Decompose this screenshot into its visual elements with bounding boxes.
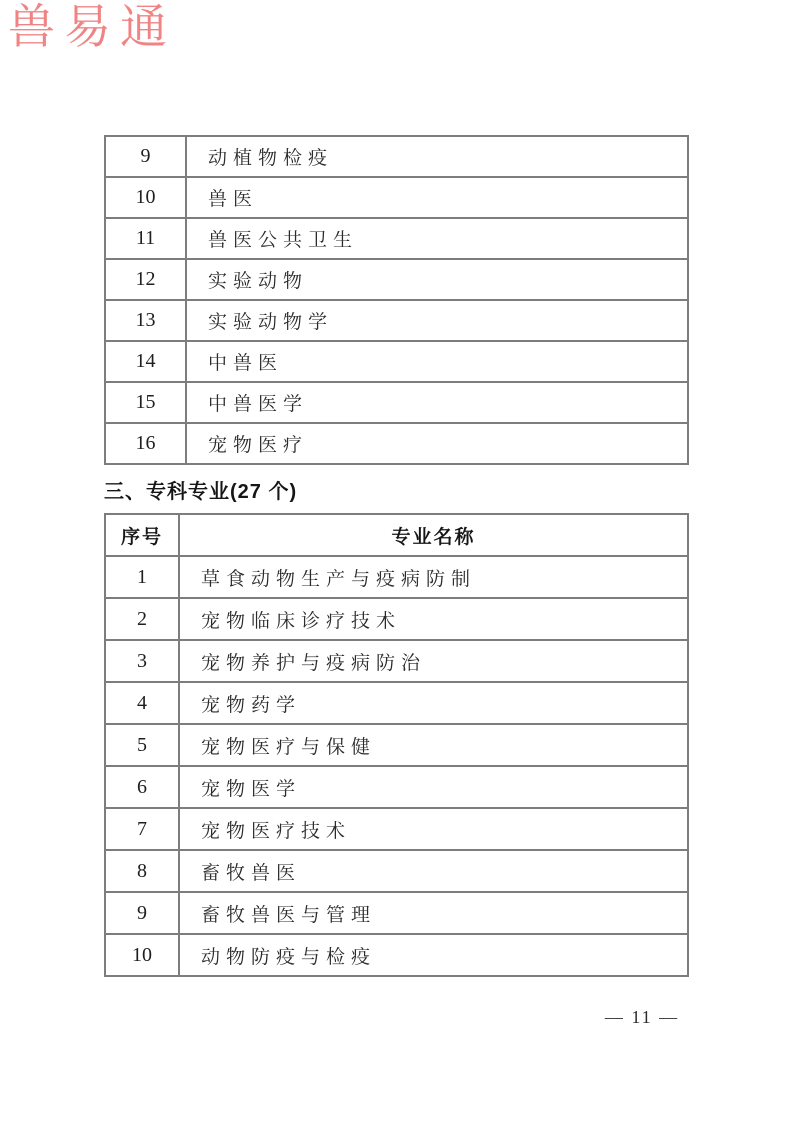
row-number-cell: 5 [105,724,179,766]
table-row: 10 动物防疫与检疫 [105,934,688,976]
page-number: — 11 — [597,1007,687,1028]
row-number-cell: 6 [105,766,179,808]
table-body: 9 动植物检疫 10 兽医 11 兽医公共卫生 12 [105,136,688,464]
table-row: 5 宠物医疗与保健 [105,724,688,766]
row-number-cell: 8 [105,850,179,892]
table-row: 1 草食动物生产与疫病防制 [105,556,688,598]
watermark-text: 兽易通 [8,0,176,56]
major-name-cell: 动物防疫与检疫 [179,934,688,976]
major-name-cell: 宠物医疗技术 [179,808,688,850]
row-number-cell: 4 [105,682,179,724]
row-number-cell: 3 [105,640,179,682]
major-name-cell: 实验动物学 [186,300,688,341]
row-number-cell: 1 [105,556,179,598]
row-number-cell: 2 [105,598,179,640]
table-body: 1 草食动物生产与疫病防制 2 宠物临床诊疗技术 3 宠物养护与疫病防治 [105,556,688,976]
row-number-cell: 10 [105,177,186,218]
row-number-cell: 9 [105,136,186,177]
row-number-cell: 9 [105,892,179,934]
row-number-cell: 16 [105,423,186,464]
page-content: 9 动植物检疫 10 兽医 11 兽医公共卫生 12 [104,135,689,977]
major-name-cell: 草食动物生产与疫病防制 [179,556,688,598]
row-number-cell: 10 [105,934,179,976]
row-number-cell: 11 [105,218,186,259]
major-name-cell: 宠物医学 [179,766,688,808]
major-name-cell: 宠物临床诊疗技术 [179,598,688,640]
table-row: 3 宠物养护与疫病防治 [105,640,688,682]
table-row: 12 实验动物 [105,259,688,300]
major-name-cell: 实验动物 [186,259,688,300]
major-name-cell: 宠物养护与疫病防治 [179,640,688,682]
table-row: 9 畜牧兽医与管理 [105,892,688,934]
major-name-cell: 宠物药学 [179,682,688,724]
row-number-cell: 12 [105,259,186,300]
table-row: 13 实验动物学 [105,300,688,341]
major-name-cell: 中兽医学 [186,382,688,423]
major-name-cell: 畜牧兽医 [179,850,688,892]
table-header: 序号 专业名称 [105,514,688,556]
row-number-cell: 14 [105,341,186,382]
undergraduate-majors-table-continued: 9 动植物检疫 10 兽医 11 兽医公共卫生 12 [104,135,689,465]
row-number-cell: 15 [105,382,186,423]
header-cell-major-name: 专业名称 [179,514,688,556]
major-name-cell: 宠物医疗与保健 [179,724,688,766]
table-row: 6 宠物医学 [105,766,688,808]
table-row: 15 中兽医学 [105,382,688,423]
document-page: 兽易通 9 动植物检疫 10 兽医 11 [0,0,793,1122]
table-row: 8 畜牧兽医 [105,850,688,892]
table-row: 10 兽医 [105,177,688,218]
row-number-cell: 13 [105,300,186,341]
major-name-cell: 宠物医疗 [186,423,688,464]
major-name-cell: 兽医 [186,177,688,218]
table-header-row: 序号 专业名称 [105,514,688,556]
college-majors-table: 序号 专业名称 1 草食动物生产与疫病防制 2 宠物临床诊疗技术 [104,513,689,977]
major-name-cell: 动植物检疫 [186,136,688,177]
section-heading-college-majors: 三、专科专业(27 个) [104,478,689,506]
major-name-cell: 畜牧兽医与管理 [179,892,688,934]
table-row: 4 宠物药学 [105,682,688,724]
major-name-cell: 兽医公共卫生 [186,218,688,259]
table-row: 7 宠物医疗技术 [105,808,688,850]
table-row: 9 动植物检疫 [105,136,688,177]
major-name-cell: 中兽医 [186,341,688,382]
table-row: 16 宠物医疗 [105,423,688,464]
table-row: 11 兽医公共卫生 [105,218,688,259]
header-cell-serial-number: 序号 [105,514,179,556]
row-number-cell: 7 [105,808,179,850]
table-row: 14 中兽医 [105,341,688,382]
table-row: 2 宠物临床诊疗技术 [105,598,688,640]
